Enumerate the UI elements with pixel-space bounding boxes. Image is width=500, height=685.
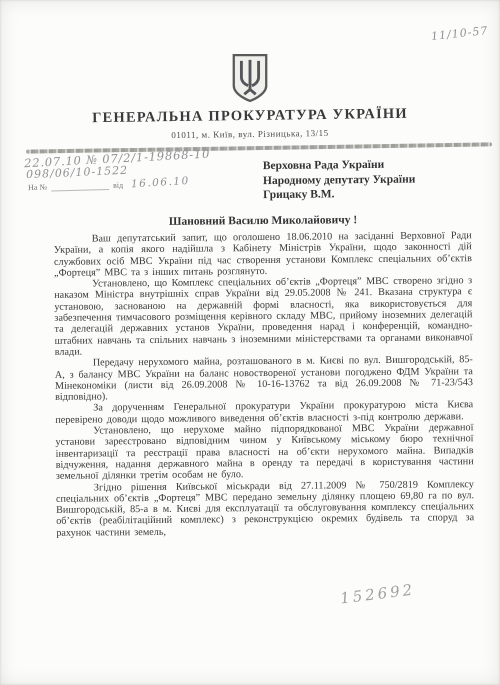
scanned-letter-page: 11/10-57 ГЕНЕРАЛЬНА ПРОКУРАТУРА УКРАЇНИ …	[0, 0, 500, 685]
recipient-name: Грицаку В.М.	[263, 186, 473, 203]
paragraph-1: Ваш депутатський запит, що оголошено 18.…	[54, 230, 472, 279]
org-name: ГЕНЕРАЛЬНА ПРОКУРАТУРА УКРАЇНИ	[0, 105, 500, 129]
recipient-block: Верховна Рада України Народному депутату…	[263, 157, 473, 203]
salutation: Шановний Василю Миколайовичу !	[55, 213, 471, 229]
blank-underline	[51, 181, 109, 192]
paragraph-2: Установлено, що Комплекс спеціальних об’…	[54, 275, 473, 358]
paragraph-3: Передачу нерухомого майна, розташованого…	[55, 354, 473, 403]
paragraph-6: Згідно рішення Київської міськради від 2…	[56, 479, 474, 539]
org-address: 01011, м. Київ, вул. Різницька, 13/15	[0, 126, 500, 143]
na-label: На №	[28, 183, 47, 192]
registration-block: 22.07.10 № 07/2/1-19868-10 098/06/10-152…	[24, 150, 264, 189]
vid-label: від	[113, 181, 123, 190]
paragraph-5: Установлено, що нерухоме майно підпорядк…	[55, 422, 473, 482]
ukraine-trident-emblem	[229, 52, 271, 109]
letter-body: Ваш депутатський запит, що оголошено 18.…	[54, 230, 475, 539]
handwritten-incoming-date: 16.06.10	[131, 175, 190, 191]
handwritten-corner-note: 11/10-57	[430, 24, 488, 43]
handwritten-stamp-number: 152692	[339, 580, 416, 607]
